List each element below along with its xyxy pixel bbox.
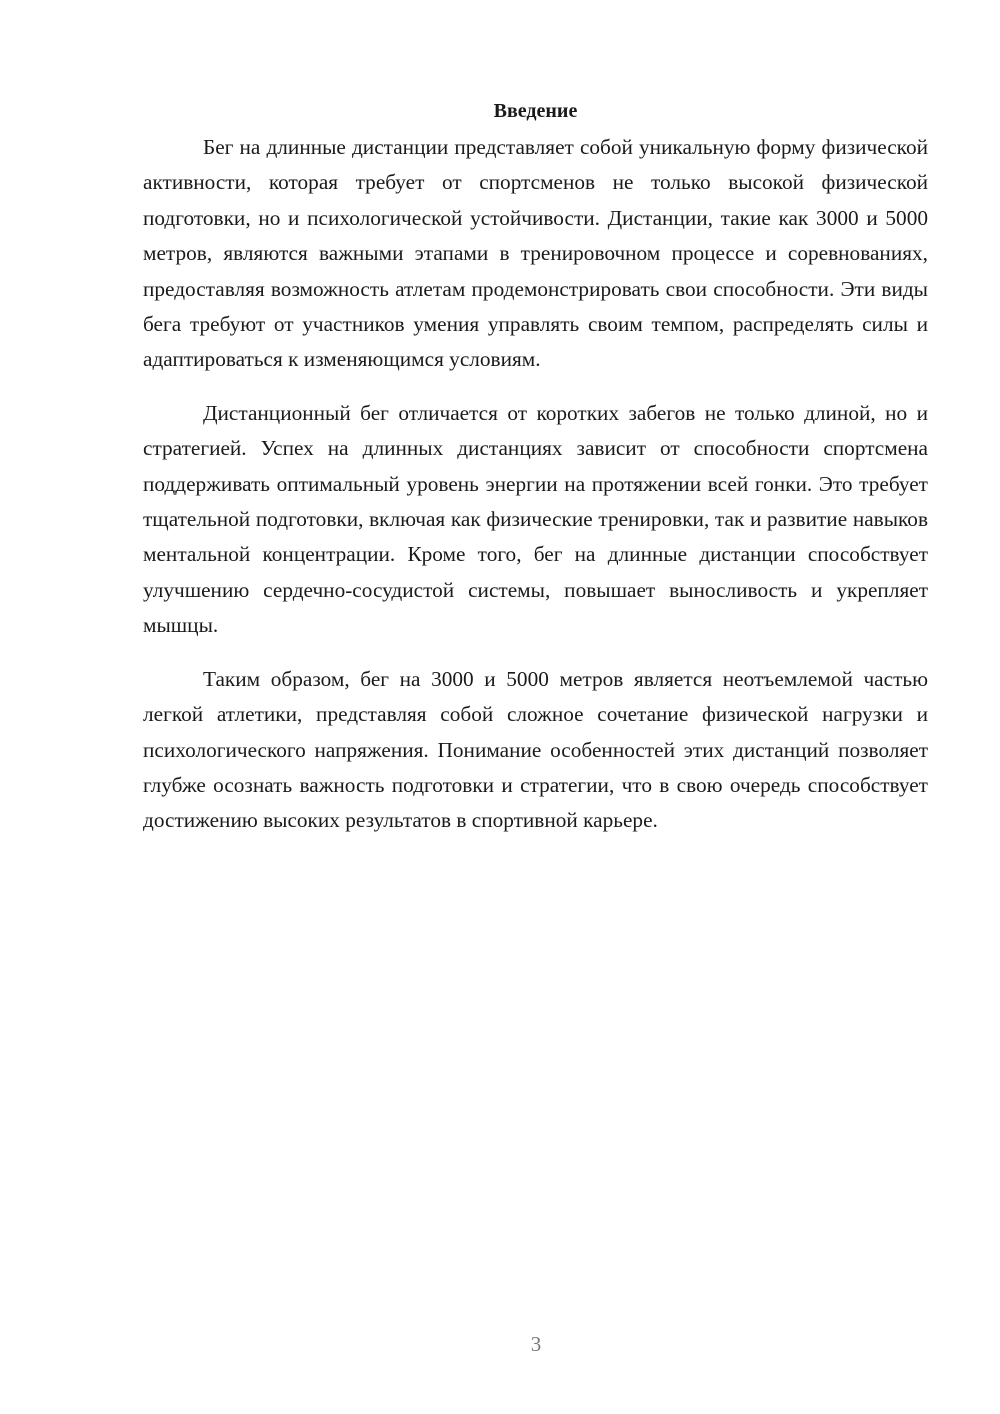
document-page: Введение Бег на длинные дистанции предст… (0, 0, 1000, 1414)
paragraph-3: Таким образом, бег на 3000 и 5000 метров… (143, 662, 928, 839)
paragraph-2: Дистанционный бег отличается от коротких… (143, 396, 928, 644)
page-number: 3 (0, 1332, 1000, 1357)
section-title: Введение (143, 96, 928, 126)
page-content: Введение Бег на длинные дистанции предст… (143, 96, 928, 857)
paragraph-1: Бег на длинные дистанции представляет со… (143, 130, 928, 378)
